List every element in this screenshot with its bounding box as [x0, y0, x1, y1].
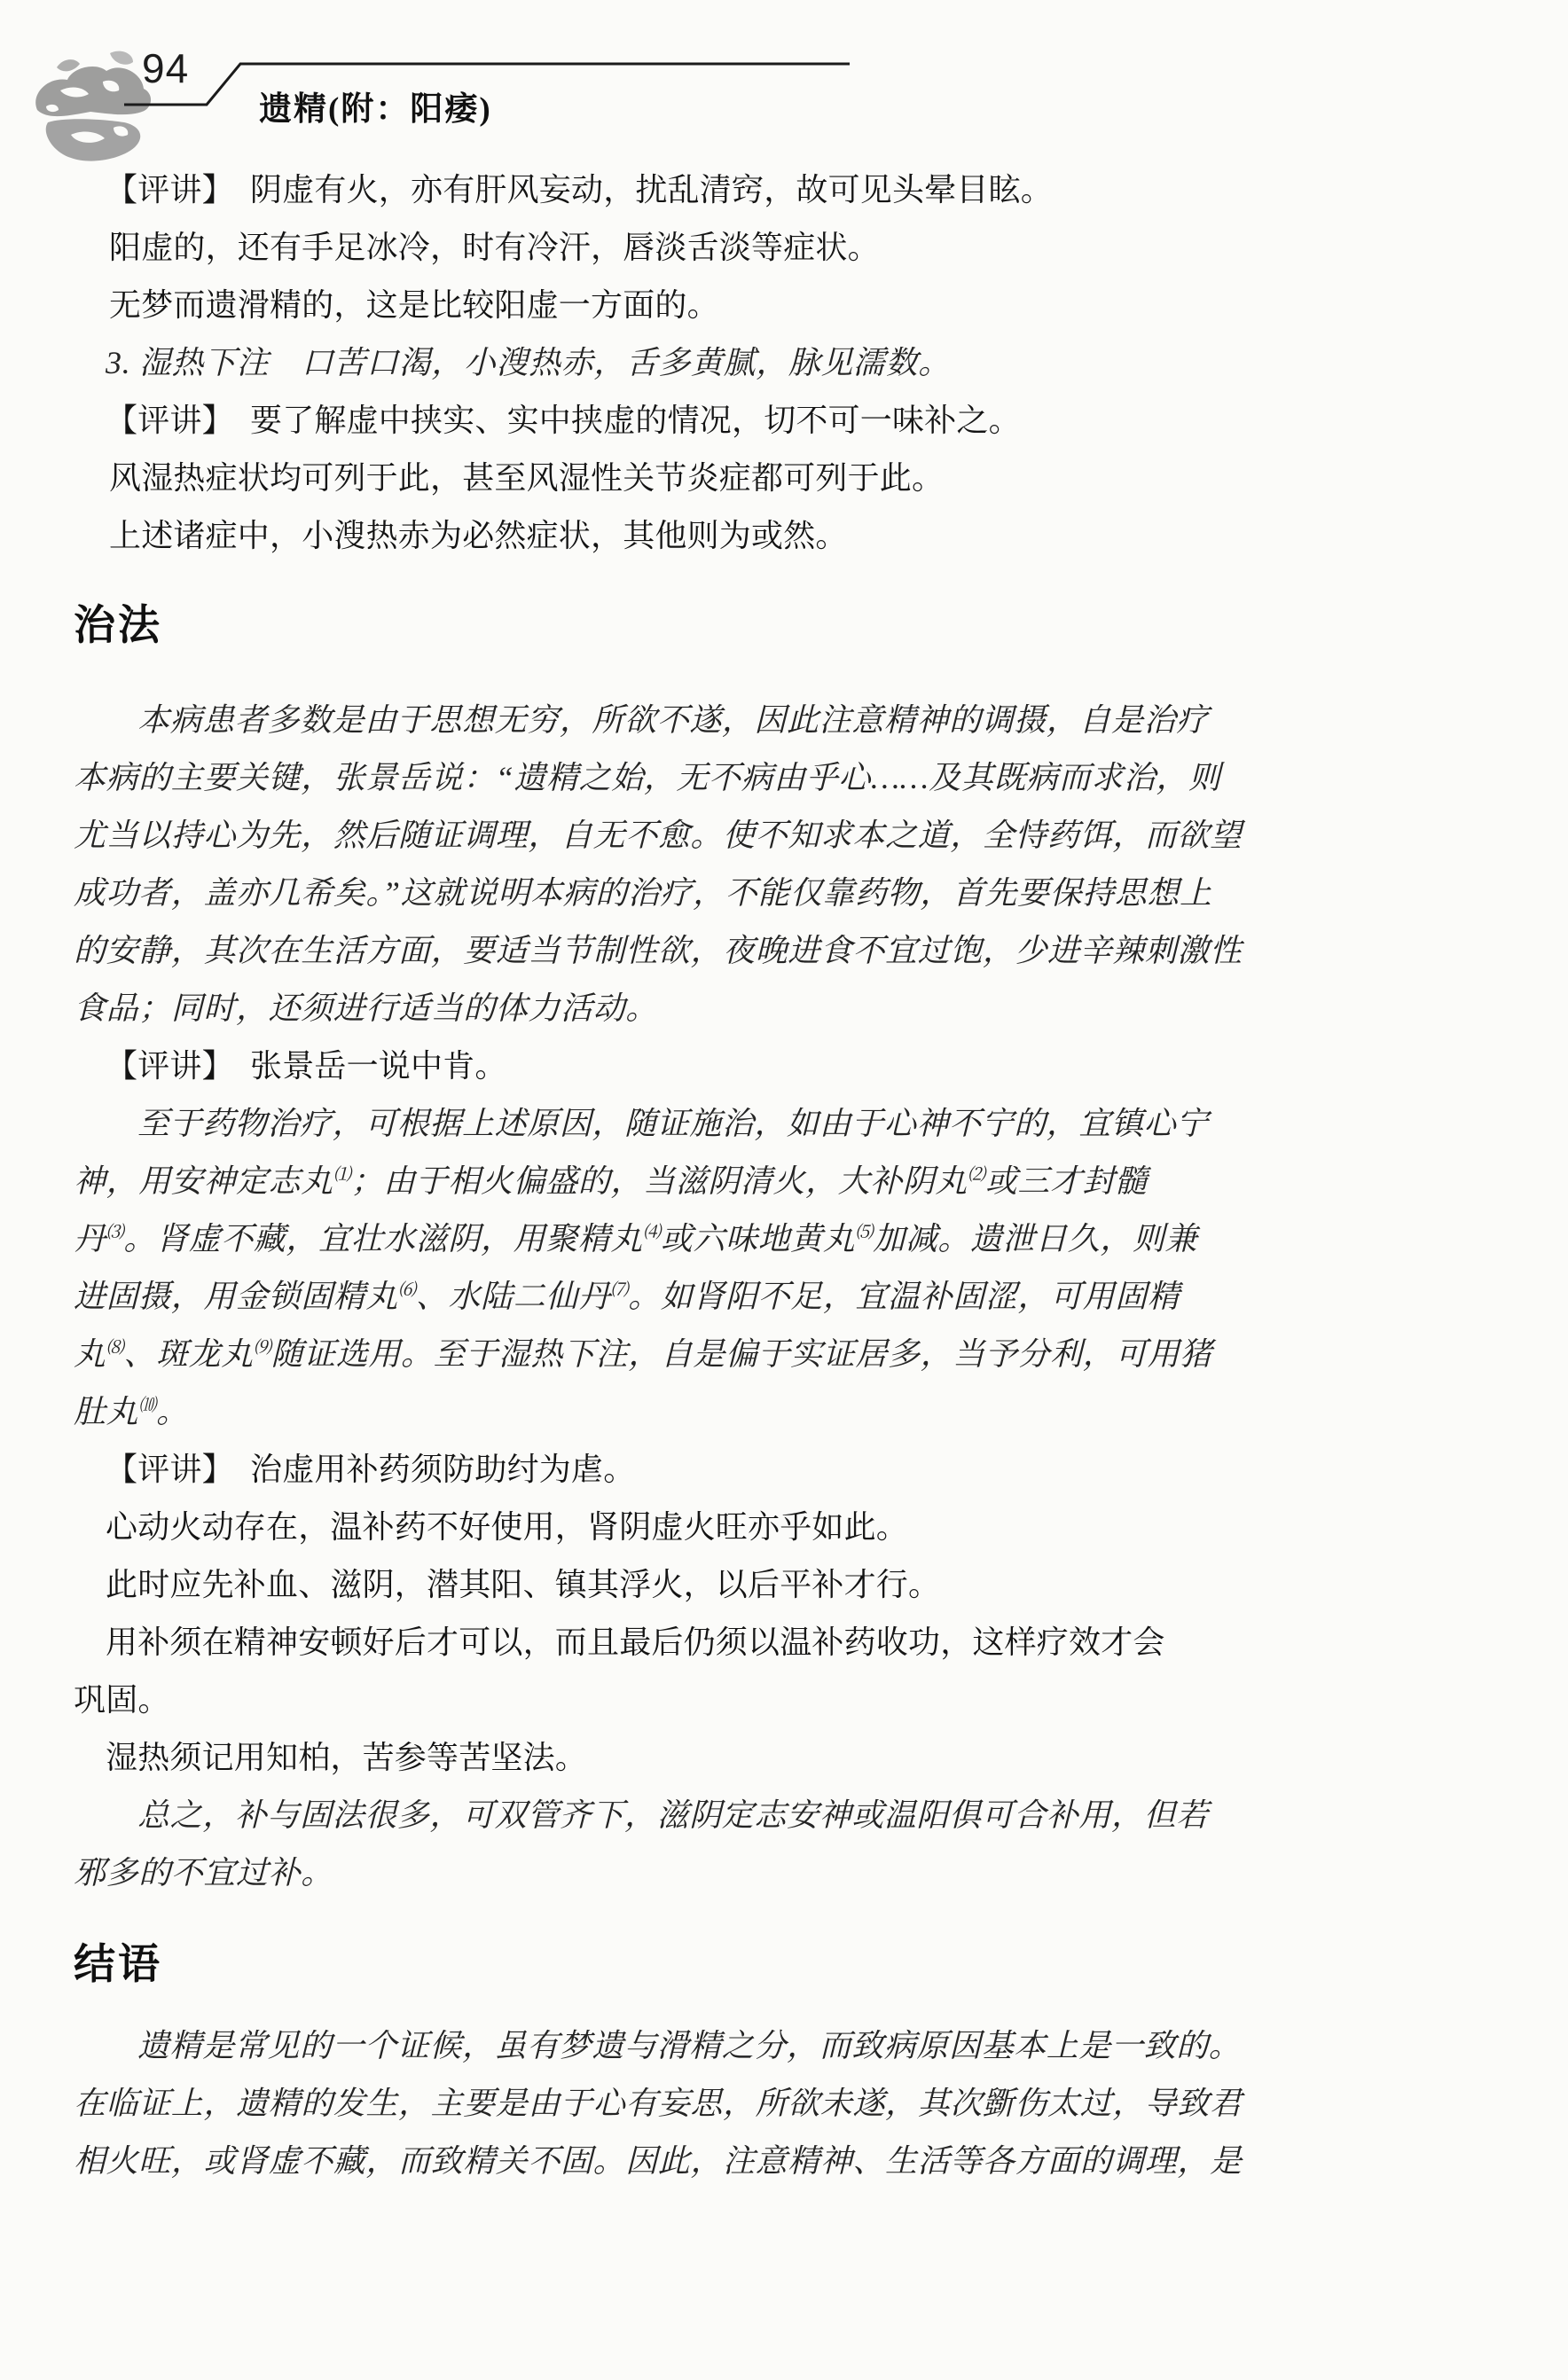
text-line: 【评讲】 阴虚有火，亦有肝风妄动，扰乱清窍，故可见头晕目眩。: [74, 161, 1503, 219]
text-line: 肚丸⑽。: [74, 1383, 1503, 1441]
text-line: 无梦而遗滑精的，这是比较阳虚一方面的。: [74, 277, 1503, 334]
text-line: 风湿热症状均可列于此，甚至风湿性关节炎症都可列于此。: [74, 450, 1503, 507]
text-line: 成功者，盖亦几希矣。”这就说明本病的治疗，不能仅靠药物，首先要保持思想上: [74, 865, 1503, 922]
text-line: 此时应先补血、滋阴，潜其阳、镇其浮火，以后平补才行。: [74, 1556, 1503, 1614]
section-heading-jieyu: 结语: [74, 1938, 1503, 1992]
chapter-title: 遗精(附：阳痿): [259, 82, 492, 129]
text-line: 上述诸症中，小溲热赤为必然症状，其他则为或然。: [74, 507, 1503, 565]
text-line: 丹⑶。肾虚不藏，宜壮水滋阴，用聚精丸⑷或六味地黄丸⑸加减。遗泄日久，则兼: [74, 1210, 1503, 1268]
section-heading-zhifa: 治法: [74, 599, 1503, 653]
text-line: 神，用安神定志丸⑴；由于相火偏盛的，当滋阴清火，大补阴丸⑵或三才封髓: [74, 1153, 1503, 1210]
text-line: 用补须在精神安顿好后才可以，而且最后仍须以温补药收功，这样疗效才会: [74, 1614, 1503, 1671]
text-line: 尤当以持心为先，然后随证调理，自无不愈。使不知求本之道，全恃药饵，而欲望: [74, 807, 1503, 865]
jieyu-block: 遗精是常见的一个证候，虽有梦遗与滑精之分，而致病原因基本上是一致的。 在临证上，…: [74, 2017, 1503, 2190]
text-line: 遗精是常见的一个证候，虽有梦遗与滑精之分，而致病原因基本上是一致的。: [74, 2017, 1503, 2075]
text-line: 食品；同时，还须进行适当的体力活动。: [74, 980, 1503, 1037]
page-body: 【评讲】 阴虚有火，亦有肝风妄动，扰乱清窍，故可见头晕目眩。 阳虚的，还有手足冰…: [74, 161, 1503, 2190]
text-line: 的安静，其次在生活方面，要适当节制性欲，夜晚进食不宜过饱，少进辛辣刺激性: [74, 922, 1503, 980]
zhifa-block: 本病患者多数是由于思想无穷，所欲不遂，因此注意精神的调摄，自是治疗 本病的主要关…: [74, 692, 1503, 1902]
text-line: 至于药物治疗，可根据上述原因，随证施治，如由于心神不宁的，宜镇心宁: [74, 1095, 1503, 1153]
text-line: 心动火动存在，温补药不好使用，肾阴虚火旺亦乎如此。: [74, 1499, 1503, 1556]
text-line: 总之，补与固法很多，可双管齐下，滋阴定志安神或温阳俱可合补用，但若: [74, 1787, 1503, 1844]
text-line: 邪多的不宜过补。: [74, 1844, 1503, 1902]
text-line: 【评讲】 张景岳一说中肯。: [74, 1037, 1503, 1095]
text-line: 丸⑻、斑龙丸⑼随证选用。至于湿热下注，自是偏于实证居多，当予分利，可用猪: [74, 1326, 1503, 1383]
text-line: 本病的主要关键，张景岳说：“遗精之始，无不病由乎心……及其既病而求治，则: [74, 749, 1503, 807]
book-page: 94 遗精(附：阳痿) 【评讲】 阴虚有火，亦有肝风妄动，扰乱清窍，故可见头晕目…: [0, 0, 1568, 2380]
text-line: 湿热须记用知柏，苦参等苦坚法。: [74, 1729, 1503, 1787]
text-line: 进固摄，用金锁固精丸⑹、水陆二仙丹⑺。如肾阳不足，宜温补固涩，可用固精: [74, 1268, 1503, 1326]
text-line: 本病患者多数是由于思想无穷，所欲不遂，因此注意精神的调摄，自是治疗: [74, 692, 1503, 749]
text-line: 巩固。: [74, 1671, 1503, 1729]
intro-block: 【评讲】 阴虚有火，亦有肝风妄动，扰乱清窍，故可见头晕目眩。 阳虚的，还有手足冰…: [74, 161, 1503, 565]
text-line: 相火旺，或肾虚不藏，而致精关不固。因此，注意精神、生活等各方面的调理，是: [74, 2133, 1503, 2190]
text-line: 在临证上，遗精的发生，主要是由于心有妄思，所欲未遂，其次斵伤太过，导致君: [74, 2075, 1503, 2133]
text-line: 【评讲】 治虚用补药须防助纣为虐。: [74, 1441, 1503, 1499]
text-line: 阳虚的，还有手足冰冷，时有冷汗，唇淡舌淡等症状。: [74, 219, 1503, 277]
text-line: 3. 湿热下注 口苦口渴，小溲热赤，舌多黄腻，脉见濡数。: [74, 334, 1503, 392]
text-line: 【评讲】 要了解虚中挟实、实中挟虚的情况，切不可一味补之。: [74, 392, 1503, 450]
